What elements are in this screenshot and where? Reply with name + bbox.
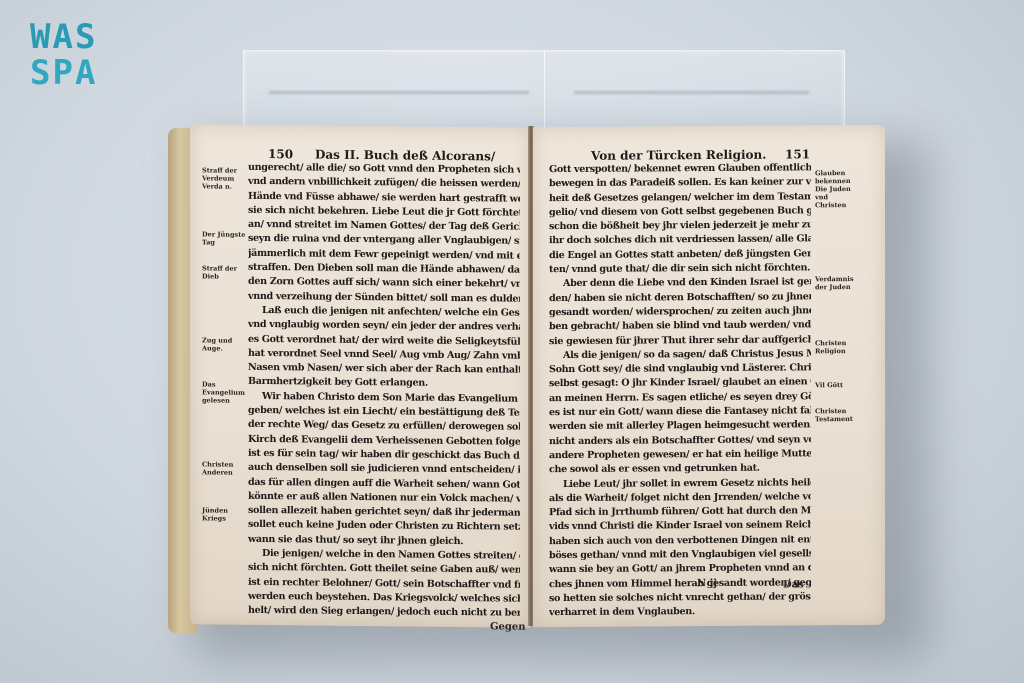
margin-note: Jünden Kriegs	[202, 506, 246, 522]
margin-note: Christen Testament	[815, 407, 859, 423]
right-catchword: Das	[783, 579, 804, 590]
margin-note: Glauben bekennen Die Juden vnd Christen	[815, 169, 859, 209]
logo-line-1: WAS	[30, 22, 97, 52]
text-line: ihr doch solches dich nit verdriessen la…	[549, 233, 811, 249]
logo-line-2: SPA	[30, 58, 97, 88]
left-page-text: ungerecht/ alle die/ so Gott vnnd den Pr…	[248, 161, 520, 621]
margin-note: Christen Religion	[815, 339, 859, 355]
margin-note: Vil Gött	[815, 381, 859, 389]
left-page: 150 Das II. Buch deß Alcorans/ Straff de…	[190, 124, 530, 628]
text-line: werden sie mit allerley Plagen heimgesuc…	[549, 419, 811, 435]
text-line: Liebe Leut/ jhr sollet in ewrem Gesetz n…	[549, 476, 811, 492]
text-line: Aber denn die Liebe vnd den Kinden Israe…	[549, 276, 811, 292]
right-running-head: Von der Türcken Religion.	[591, 148, 766, 163]
margin-note: Verdamnis der Juden	[815, 275, 859, 291]
margin-note: Zug und Auge.	[202, 336, 246, 352]
text-line: bewegen in das Paradeiß sollen. Es kan k…	[549, 176, 811, 192]
right-page-text: Gott verspotten/ bekennet ewren Glauben …	[549, 161, 811, 620]
left-page-number: 150	[268, 147, 293, 161]
text-line: verharret in dem Vnglauben.	[549, 604, 811, 620]
margin-note: Das Evangelium gelesen	[202, 380, 246, 404]
left-catchword: Gegen	[490, 621, 526, 632]
text-line: so hetten sie solches nicht vnrecht geth…	[549, 590, 811, 606]
signature-mark: N ij	[697, 578, 717, 589]
stand-divider	[544, 51, 545, 131]
margin-note: Straff der Verdeum Verda n.	[202, 166, 246, 190]
text-line: andere Propheten gewesen/ er hat ein hei…	[549, 447, 811, 463]
text-line: helt/ wird den Sieg erlangen/ jedoch euc…	[248, 604, 520, 621]
open-antique-book: 150 Das II. Buch deß Alcorans/ Straff de…	[168, 120, 893, 642]
margin-note: Christen Anderen	[202, 460, 246, 476]
spa-watermark-logo: WAS SPA	[30, 22, 120, 90]
text-line: selbst gesagt: O jhr Kinder Israel/ glau…	[549, 376, 811, 392]
text-line: wann sie bey an Gott/ an jhrem Propheten…	[549, 562, 811, 578]
stand-reflection-right	[574, 91, 809, 94]
text-line: ben gebracht/ haben sie blind vnd taub w…	[549, 319, 811, 335]
right-page: Von der Türcken Religion. 151 Gott versp…	[533, 125, 885, 627]
margin-note: Straff der Dieb	[202, 264, 246, 280]
margin-note: Der Jüngste Tag	[202, 230, 246, 246]
right-page-number: 151	[785, 147, 810, 161]
text-line: vids vnnd Christi die Kinder Israel von …	[549, 519, 811, 535]
stand-reflection-left	[269, 91, 529, 94]
